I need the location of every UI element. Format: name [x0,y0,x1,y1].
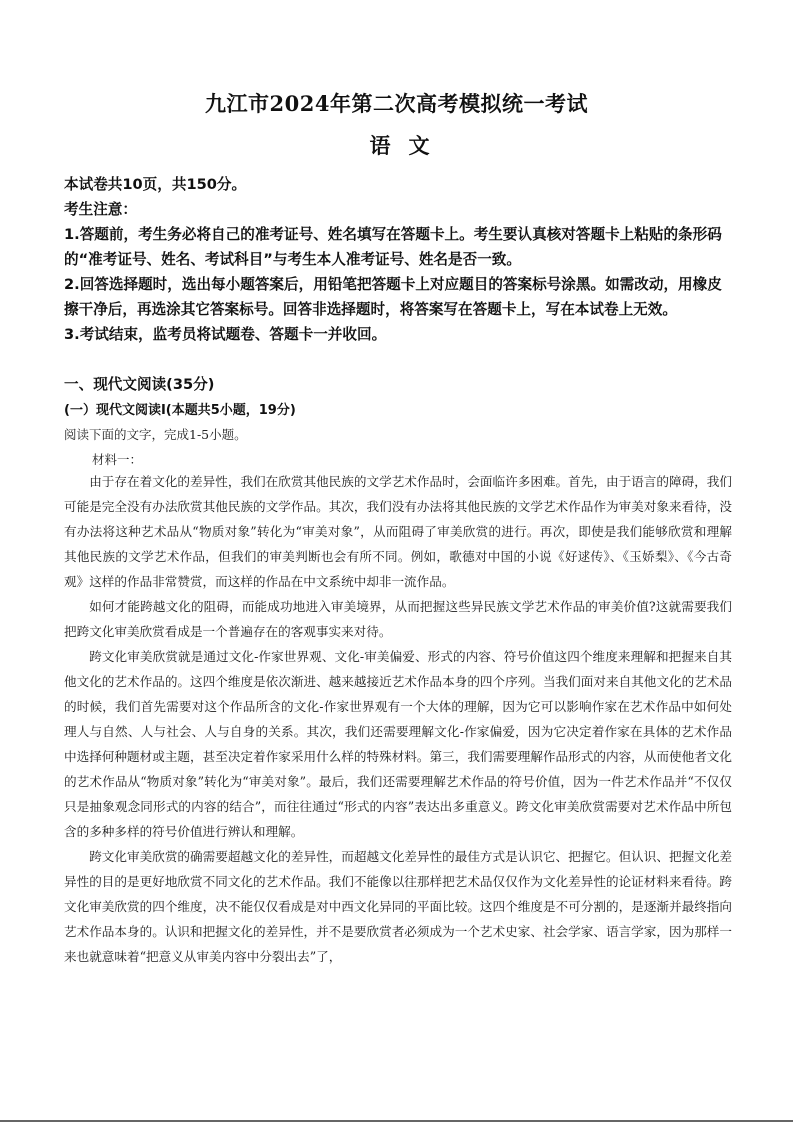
section-heading: 一、现代文阅读(35分) [64,373,214,394]
subsection-heading: (一）现代文阅读Ⅰ(本题共5小题，19分) [64,399,296,418]
passage-paragraph: 跨文化审美欣赏的确需要超越文化的差异性，而超越文化差异性的最佳方式是认识它、把握… [64,844,732,969]
exam-notice: 本试卷共10页，共150分。 考生注意： 1.答题前，考生务必将自己的准考证号、… [64,172,732,347]
notice-heading: 考生注意： [64,197,732,222]
exam-page: 九江市2024年第二次高考模拟统一考试 语文 本试卷共10页，共150分。 考生… [0,0,793,1122]
exam-subject: 语文 [0,130,793,160]
passage-body: 由于存在着文化的差异性，我们在欣赏其他民族的文学艺术作品时，会面临许多困难。首先… [64,469,732,969]
exam-title: 九江市2024年第二次高考模拟统一考试 [0,88,793,118]
material-label: 材料一： [92,450,142,468]
passage-paragraph: 由于存在着文化的差异性，我们在欣赏其他民族的文学艺术作品时，会面临许多困难。首先… [64,469,732,594]
passage-paragraph: 如何才能跨越文化的阻碍，而能成功地进入审美境界，从而把握这些异民族文学艺术作品的… [64,594,732,644]
passage-paragraph: 跨文化审美欣赏就是通过文化-作家世界观、文化-审美偏爱、形式的内容、符号价值这四… [64,644,732,844]
notice-summary: 本试卷共10页，共150分。 [64,172,732,197]
notice-item: 1.答题前，考生务必将自己的准考证号、姓名填写在答题卡上。考生要认真核对答题卡上… [64,222,732,272]
notice-item: 3.考试结束，监考员将试题卷、答题卡一并收回。 [64,322,732,347]
reading-instruction: 阅读下面的文字，完成1-5小题。 [64,425,247,443]
notice-item: 2.回答选择题时，选出每小题答案后，用铅笔把答题卡上对应题目的答案标号涂黑。如需… [64,272,732,322]
